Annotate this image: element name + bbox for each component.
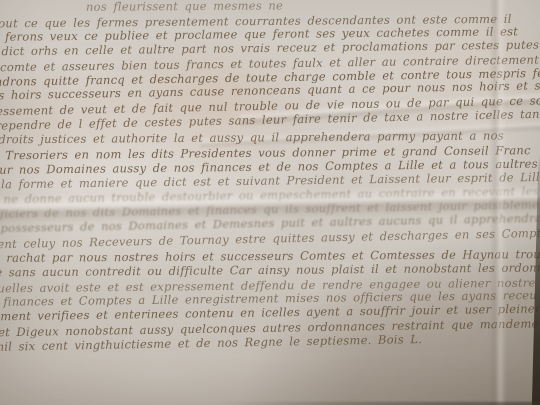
manuscript-text: nos fleurissent que mesmes neet tout ce … [0, 0, 540, 354]
vertical-crease [490, 0, 506, 405]
manuscript-photo: nos fleurissent que mesmes neet tout ce … [0, 0, 540, 405]
